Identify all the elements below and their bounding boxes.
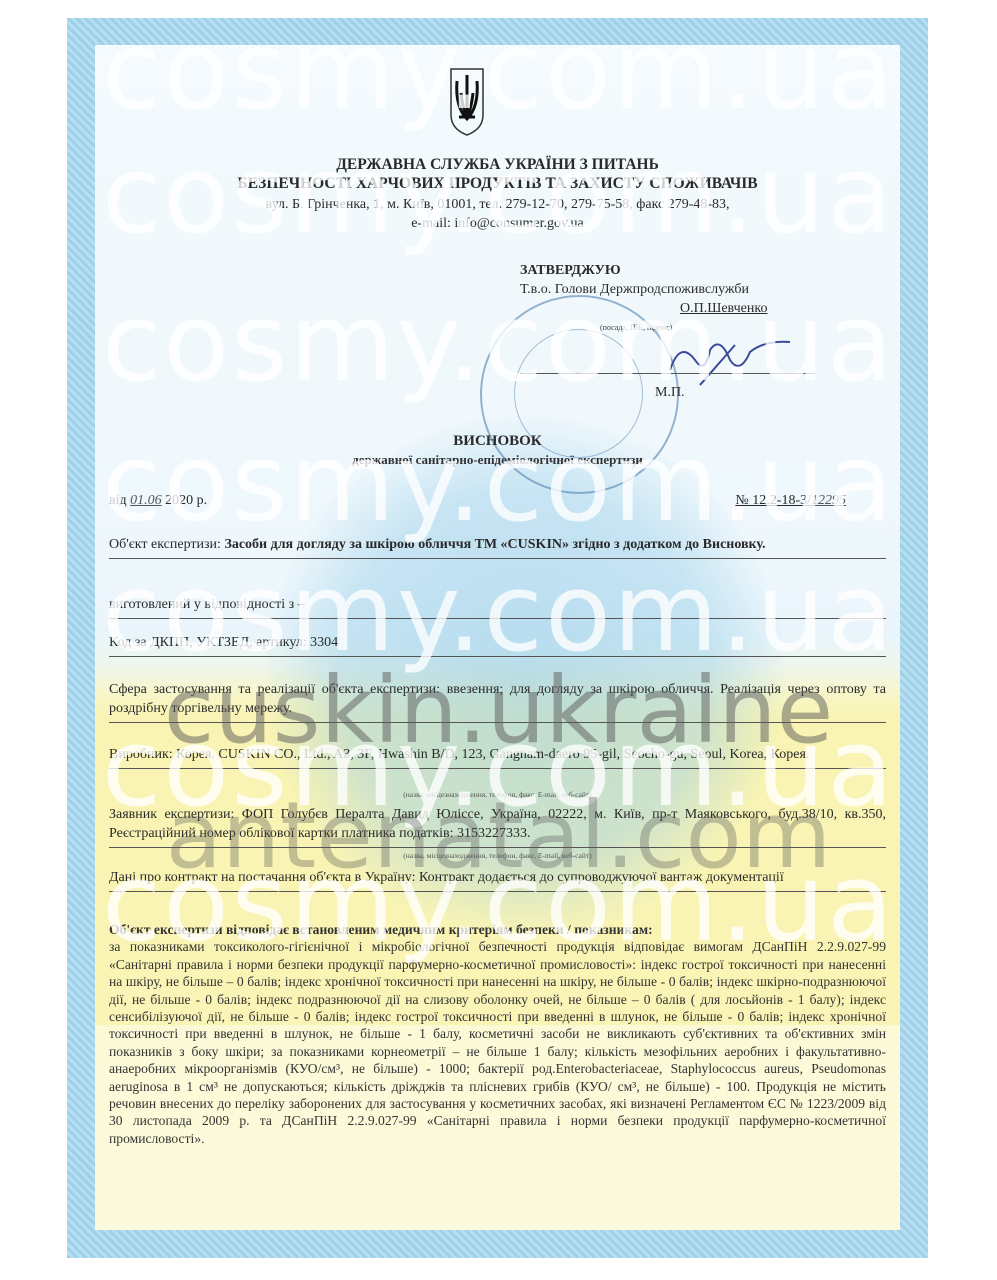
- signature-icon: [650, 330, 800, 390]
- org-line-1: ДЕРЖАВНА СЛУЖБА УКРАЇНИ З ПИТАНЬ: [95, 155, 900, 174]
- document-border: ДЕРЖАВНА СЛУЖБА УКРАЇНИ З ПИТАНЬ БЕЗПЕЧН…: [67, 18, 928, 1258]
- trident-emblem-icon: [447, 67, 487, 137]
- field-scope: Сфера застосування та реалізації об'єкта…: [109, 680, 886, 723]
- conclusion-header: Об'єкт експертизи відповідає встановлени…: [109, 921, 886, 938]
- object-value: Засоби для догляду за шкірою обличчя ТМ …: [224, 537, 765, 552]
- field-manufacturer: Виробник: Корея. CUSKIN CO., Ltd., A3, 3…: [109, 745, 886, 769]
- approval-position: Т.в.о. Голови Держпродспоживслужби: [520, 280, 767, 299]
- organization-address: вул. Б. Грінченка, 1, м. Київ, 01001, те…: [95, 195, 900, 233]
- field-applicant: Заявник експертизи: ФОП Голубєв Пералта …: [109, 805, 886, 848]
- email-line: e-mail: info@consumer.gov.ua: [95, 214, 900, 233]
- organization-name: ДЕРЖАВНА СЛУЖБА УКРАЇНИ З ПИТАНЬ БЕЗПЕЧН…: [95, 155, 900, 193]
- field-object: Об'єкт експертизи: Засоби для догляду за…: [109, 535, 886, 559]
- address-line: вул. Б. Грінченка, 1, м. Київ, 01001, те…: [95, 195, 900, 214]
- document-page: ДЕРЖАВНА СЛУЖБА УКРАЇНИ З ПИТАНЬ БЕЗПЕЧН…: [95, 45, 900, 1230]
- signature-line: [520, 373, 815, 374]
- conclusion-block: Об'єкт експертизи відповідає встановлени…: [109, 921, 886, 1147]
- document-title: ВИСНОВОК: [95, 433, 900, 450]
- field-manufactured: виготовлений у відповідності з –: [109, 595, 886, 619]
- org-line-2: БЕЗПЕЧНОСТІ ХАРЧОВИХ ПРОДУКТІВ ТА ЗАХИСТ…: [95, 174, 900, 193]
- approval-name: О.П.Шевченко: [520, 299, 767, 318]
- scope-label: Сфера застосування та реалізації об'єкта…: [109, 682, 440, 697]
- number-prefix: № 12.2-18-3/: [735, 493, 811, 508]
- document-number: № 12.2-18-3/12295: [735, 493, 846, 509]
- manufacturer-caption: (назва, місцезнаходження, телефон, факс,…: [95, 790, 900, 799]
- codes-value: 3304: [310, 635, 338, 650]
- contract-label: Дані про контракт на постачання об'єкта …: [109, 870, 416, 885]
- date-suffix: 2020 р.: [165, 493, 207, 508]
- manufacturer-value: Корея. CUSKIN CO., Ltd., A3, 3F, Hwashin…: [176, 747, 809, 762]
- date-prefix: від: [109, 493, 127, 508]
- codes-label: Код за ДКПП, УКТЗЕД, артикул:: [109, 635, 307, 650]
- approval-title: ЗАТВЕРДЖУЮ: [520, 261, 767, 280]
- manufacturer-label: Виробник:: [109, 747, 173, 762]
- field-contract: Дані про контракт на постачання об'єкта …: [109, 868, 886, 892]
- applicant-label: Заявник експертизи:: [109, 807, 234, 822]
- date-number-line: від 01.06 2020 р. № 12.2-18-3/12295: [109, 493, 886, 509]
- document-subtitle: державної санітарно-епідеміологічної екс…: [95, 452, 900, 468]
- stamp-mark: М.П.: [655, 385, 685, 401]
- conclusion-text: за показниками токсиколого-гігієнічної і…: [109, 938, 886, 1147]
- contract-value: Контракт додається до супроводжуючої ван…: [419, 870, 784, 885]
- date-handwritten: 01.06: [130, 493, 162, 508]
- applicant-caption: (назва, місцезнаходження, телефон, факс,…: [95, 851, 900, 860]
- approval-block: ЗАТВЕРДЖУЮ Т.в.о. Голови Держпродспоживс…: [520, 261, 767, 318]
- object-label: Об'єкт експертизи:: [109, 537, 221, 552]
- manufactured-label: виготовлений у відповідності з –: [109, 597, 305, 612]
- field-codes: Код за ДКПП, УКТЗЕД, артикул: 3304: [109, 633, 886, 657]
- number-handwritten: 12295: [811, 493, 846, 508]
